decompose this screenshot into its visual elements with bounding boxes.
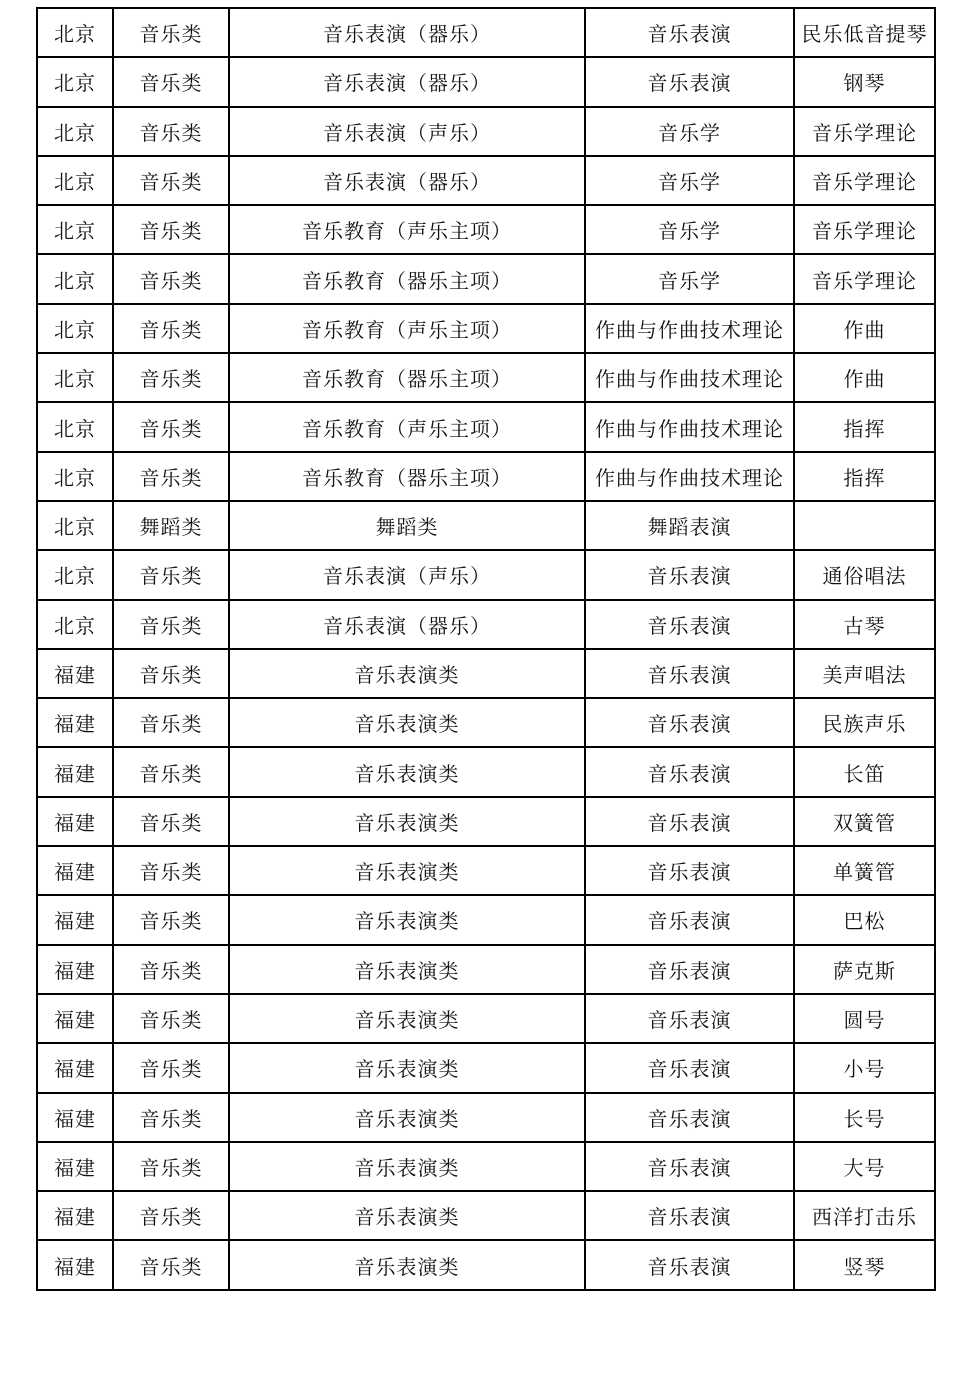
exam-category-cell: 音乐表演类 — [229, 1142, 585, 1191]
direction-cell: 民族声乐 — [794, 698, 935, 747]
table-row: 福建音乐类音乐表演类音乐表演长笛 — [37, 747, 935, 796]
province-cell: 北京 — [37, 402, 113, 451]
category-cell: 音乐类 — [113, 1142, 229, 1191]
province-cell: 北京 — [37, 550, 113, 599]
major-cell: 音乐表演 — [585, 57, 794, 106]
exam-category-cell: 音乐教育（声乐主项） — [229, 402, 585, 451]
major-cell: 音乐表演 — [585, 698, 794, 747]
category-cell: 音乐类 — [113, 205, 229, 254]
exam-category-cell: 音乐表演（声乐） — [229, 550, 585, 599]
category-cell: 音乐类 — [113, 1043, 229, 1092]
table-row: 北京音乐类音乐表演（声乐）音乐学音乐学理论 — [37, 107, 935, 156]
major-cell: 音乐表演 — [585, 945, 794, 994]
province-cell: 福建 — [37, 994, 113, 1043]
direction-cell: 巴松 — [794, 895, 935, 944]
exam-category-cell: 音乐表演（器乐） — [229, 57, 585, 106]
exam-category-cell: 音乐表演类 — [229, 994, 585, 1043]
table-row: 北京音乐类音乐教育（声乐主项）作曲与作曲技术理论指挥 — [37, 402, 935, 451]
province-cell: 北京 — [37, 304, 113, 353]
category-cell: 音乐类 — [113, 57, 229, 106]
direction-cell: 作曲 — [794, 304, 935, 353]
exam-category-cell: 音乐教育（器乐主项） — [229, 254, 585, 303]
direction-cell: 圆号 — [794, 994, 935, 1043]
table-row: 北京音乐类音乐教育（声乐主项）作曲与作曲技术理论作曲 — [37, 304, 935, 353]
table-row: 福建音乐类音乐表演类音乐表演双簧管 — [37, 797, 935, 846]
direction-cell: 竖琴 — [794, 1240, 935, 1289]
category-cell: 音乐类 — [113, 649, 229, 698]
table-row: 福建音乐类音乐表演类音乐表演美声唱法 — [37, 649, 935, 698]
province-cell: 福建 — [37, 895, 113, 944]
category-cell: 音乐类 — [113, 994, 229, 1043]
exam-category-cell: 音乐表演类 — [229, 895, 585, 944]
province-cell: 北京 — [37, 353, 113, 402]
table-row: 北京音乐类音乐教育（声乐主项）音乐学音乐学理论 — [37, 205, 935, 254]
province-cell: 福建 — [37, 945, 113, 994]
exam-category-cell: 音乐表演类 — [229, 846, 585, 895]
major-cell: 音乐表演 — [585, 1093, 794, 1142]
direction-cell: 双簧管 — [794, 797, 935, 846]
major-cell: 音乐表演 — [585, 1043, 794, 1092]
major-cell: 音乐表演 — [585, 895, 794, 944]
direction-cell: 单簧管 — [794, 846, 935, 895]
table-row: 福建音乐类音乐表演类音乐表演西洋打击乐 — [37, 1191, 935, 1240]
category-cell: 音乐类 — [113, 945, 229, 994]
direction-cell: 指挥 — [794, 452, 935, 501]
province-cell: 北京 — [37, 156, 113, 205]
table-body: 北京音乐类音乐表演（器乐）音乐表演民乐低音提琴北京音乐类音乐表演（器乐）音乐表演… — [37, 8, 935, 1290]
direction-cell: 古琴 — [794, 600, 935, 649]
major-cell: 音乐学 — [585, 107, 794, 156]
direction-cell: 音乐学理论 — [794, 156, 935, 205]
province-cell: 福建 — [37, 1043, 113, 1092]
table-row: 北京音乐类音乐教育（器乐主项）作曲与作曲技术理论指挥 — [37, 452, 935, 501]
exam-category-cell: 音乐表演（声乐） — [229, 107, 585, 156]
major-cell: 作曲与作曲技术理论 — [585, 353, 794, 402]
major-cell: 音乐表演 — [585, 1142, 794, 1191]
major-cell: 作曲与作曲技术理论 — [585, 304, 794, 353]
direction-cell: 音乐学理论 — [794, 205, 935, 254]
direction-cell — [794, 501, 935, 550]
category-cell: 音乐类 — [113, 156, 229, 205]
province-cell: 福建 — [37, 1240, 113, 1289]
province-cell: 福建 — [37, 1142, 113, 1191]
exam-category-cell: 音乐表演类 — [229, 649, 585, 698]
table-row: 北京舞蹈类舞蹈类舞蹈表演 — [37, 501, 935, 550]
exam-category-cell: 音乐表演类 — [229, 747, 585, 796]
province-cell: 福建 — [37, 747, 113, 796]
exam-category-cell: 音乐表演类 — [229, 1240, 585, 1289]
table-row: 福建音乐类音乐表演类音乐表演巴松 — [37, 895, 935, 944]
category-cell: 音乐类 — [113, 452, 229, 501]
major-cell: 音乐表演 — [585, 797, 794, 846]
category-cell: 音乐类 — [113, 1093, 229, 1142]
direction-cell: 西洋打击乐 — [794, 1191, 935, 1240]
table-row: 福建音乐类音乐表演类音乐表演单簧管 — [37, 846, 935, 895]
category-cell: 音乐类 — [113, 402, 229, 451]
table-row: 福建音乐类音乐表演类音乐表演小号 — [37, 1043, 935, 1092]
province-cell: 福建 — [37, 1093, 113, 1142]
category-cell: 音乐类 — [113, 353, 229, 402]
province-cell: 北京 — [37, 254, 113, 303]
major-cell: 作曲与作曲技术理论 — [585, 402, 794, 451]
province-cell: 北京 — [37, 107, 113, 156]
major-cell: 音乐表演 — [585, 747, 794, 796]
admissions-table: 北京音乐类音乐表演（器乐）音乐表演民乐低音提琴北京音乐类音乐表演（器乐）音乐表演… — [36, 7, 936, 1291]
table-row: 福建音乐类音乐表演类音乐表演萨克斯 — [37, 945, 935, 994]
major-cell: 音乐学 — [585, 254, 794, 303]
exam-category-cell: 音乐表演类 — [229, 1043, 585, 1092]
exam-category-cell: 音乐教育（器乐主项） — [229, 353, 585, 402]
direction-cell: 长号 — [794, 1093, 935, 1142]
direction-cell: 钢琴 — [794, 57, 935, 106]
province-cell: 北京 — [37, 452, 113, 501]
exam-category-cell: 音乐教育（声乐主项） — [229, 304, 585, 353]
exam-category-cell: 音乐表演（器乐） — [229, 156, 585, 205]
table-row: 北京音乐类音乐表演（声乐）音乐表演通俗唱法 — [37, 550, 935, 599]
category-cell: 音乐类 — [113, 797, 229, 846]
table-row: 福建音乐类音乐表演类音乐表演长号 — [37, 1093, 935, 1142]
category-cell: 音乐类 — [113, 698, 229, 747]
major-cell: 音乐表演 — [585, 1191, 794, 1240]
category-cell: 音乐类 — [113, 846, 229, 895]
direction-cell: 音乐学理论 — [794, 107, 935, 156]
direction-cell: 大号 — [794, 1142, 935, 1191]
direction-cell: 音乐学理论 — [794, 254, 935, 303]
province-cell: 福建 — [37, 698, 113, 747]
major-cell: 音乐表演 — [585, 649, 794, 698]
category-cell: 音乐类 — [113, 747, 229, 796]
province-cell: 北京 — [37, 600, 113, 649]
category-cell: 音乐类 — [113, 600, 229, 649]
exam-category-cell: 音乐表演类 — [229, 945, 585, 994]
category-cell: 音乐类 — [113, 895, 229, 944]
province-cell: 北京 — [37, 8, 113, 57]
exam-category-cell: 音乐表演类 — [229, 1093, 585, 1142]
province-cell: 北京 — [37, 205, 113, 254]
major-cell: 音乐表演 — [585, 600, 794, 649]
direction-cell: 萨克斯 — [794, 945, 935, 994]
table-row: 福建音乐类音乐表演类音乐表演民族声乐 — [37, 698, 935, 747]
major-cell: 音乐表演 — [585, 994, 794, 1043]
category-cell: 舞蹈类 — [113, 501, 229, 550]
exam-category-cell: 音乐表演类 — [229, 698, 585, 747]
category-cell: 音乐类 — [113, 304, 229, 353]
exam-category-cell: 音乐教育（器乐主项） — [229, 452, 585, 501]
table-row: 北京音乐类音乐表演（器乐）音乐学音乐学理论 — [37, 156, 935, 205]
direction-cell: 通俗唱法 — [794, 550, 935, 599]
table-row: 北京音乐类音乐表演（器乐）音乐表演古琴 — [37, 600, 935, 649]
category-cell: 音乐类 — [113, 8, 229, 57]
category-cell: 音乐类 — [113, 107, 229, 156]
exam-category-cell: 音乐表演类 — [229, 797, 585, 846]
category-cell: 音乐类 — [113, 1191, 229, 1240]
major-cell: 音乐学 — [585, 205, 794, 254]
exam-category-cell: 音乐表演（器乐） — [229, 600, 585, 649]
major-cell: 音乐表演 — [585, 846, 794, 895]
direction-cell: 指挥 — [794, 402, 935, 451]
category-cell: 音乐类 — [113, 254, 229, 303]
table-row: 北京音乐类音乐表演（器乐）音乐表演钢琴 — [37, 57, 935, 106]
direction-cell: 美声唱法 — [794, 649, 935, 698]
major-cell: 作曲与作曲技术理论 — [585, 452, 794, 501]
major-cell: 音乐表演 — [585, 8, 794, 57]
province-cell: 福建 — [37, 797, 113, 846]
table-row: 北京音乐类音乐教育（器乐主项）音乐学音乐学理论 — [37, 254, 935, 303]
major-cell: 音乐表演 — [585, 1240, 794, 1289]
exam-category-cell: 音乐表演类 — [229, 1191, 585, 1240]
table-row: 北京音乐类音乐表演（器乐）音乐表演民乐低音提琴 — [37, 8, 935, 57]
province-cell: 北京 — [37, 501, 113, 550]
province-cell: 福建 — [37, 649, 113, 698]
table-row: 福建音乐类音乐表演类音乐表演竖琴 — [37, 1240, 935, 1289]
table-row: 北京音乐类音乐教育（器乐主项）作曲与作曲技术理论作曲 — [37, 353, 935, 402]
direction-cell: 民乐低音提琴 — [794, 8, 935, 57]
direction-cell: 作曲 — [794, 353, 935, 402]
category-cell: 音乐类 — [113, 1240, 229, 1289]
exam-category-cell: 音乐教育（声乐主项） — [229, 205, 585, 254]
table-row: 福建音乐类音乐表演类音乐表演大号 — [37, 1142, 935, 1191]
province-cell: 北京 — [37, 57, 113, 106]
category-cell: 音乐类 — [113, 550, 229, 599]
major-cell: 音乐学 — [585, 156, 794, 205]
major-cell: 舞蹈表演 — [585, 501, 794, 550]
province-cell: 福建 — [37, 846, 113, 895]
direction-cell: 小号 — [794, 1043, 935, 1092]
major-cell: 音乐表演 — [585, 550, 794, 599]
exam-category-cell: 舞蹈类 — [229, 501, 585, 550]
exam-category-cell: 音乐表演（器乐） — [229, 8, 585, 57]
province-cell: 福建 — [37, 1191, 113, 1240]
table-row: 福建音乐类音乐表演类音乐表演圆号 — [37, 994, 935, 1043]
direction-cell: 长笛 — [794, 747, 935, 796]
